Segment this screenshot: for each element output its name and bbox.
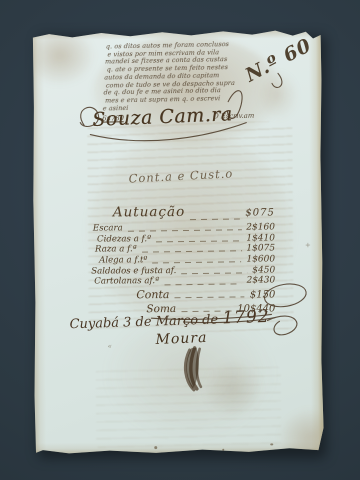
leader-dashes <box>164 283 241 285</box>
account-row: Cartolanas af.ª 2$430 <box>94 276 275 288</box>
account-row-value: 1$410 <box>246 233 275 243</box>
account-row-value: 1$075 <box>246 244 275 254</box>
account-row-label: Escara <box>93 223 123 233</box>
conta-value: $150 <box>250 290 276 301</box>
account-row-value: 2$160 <box>246 222 275 232</box>
account-heading-row: Autuação $075 <box>113 203 275 223</box>
date-year: 1792 <box>222 307 270 329</box>
account-row-label: Alega a f.tº <box>99 255 147 265</box>
leader-dashes <box>190 219 240 221</box>
leader-dashes <box>152 261 241 263</box>
paper-stain-bottom-center <box>202 357 264 419</box>
rubric-stroke-2 <box>191 348 197 389</box>
leader-dashes <box>128 229 242 232</box>
cost-account-list: Autuação $075 Escara 2$160 Cidezas a f.º… <box>91 203 276 315</box>
paper-speck <box>154 446 157 449</box>
leader-dashes <box>156 240 241 242</box>
rubric-stroke-1 <box>185 350 194 390</box>
account-row: Alega a f.tº 1$600 <box>99 254 275 266</box>
paper-speck <box>270 443 273 445</box>
date-trailing-swash <box>267 316 296 335</box>
rubric-ink-blot <box>186 348 199 389</box>
rubric-stroke-3 <box>197 349 201 387</box>
account-row-value: 1$600 <box>246 254 275 264</box>
date-prefix: Cuyabá 3 de Março de <box>69 312 218 332</box>
account-row-label: Raza a f.ª <box>95 245 137 255</box>
leader-dashes <box>142 251 242 253</box>
account-conta-row: Conta $150 <box>136 288 275 301</box>
paper-speck <box>222 449 224 451</box>
stray-mark-right: + <box>305 241 311 249</box>
manuscript-page: N.º 60 q. os ditos autos me foram conclu… <box>32 29 325 455</box>
ink-bleedthrough-band-lower <box>96 364 282 450</box>
stray-mark-left: « <box>108 342 112 350</box>
account-row-label: Cidezas a f.º <box>97 234 151 244</box>
archival-mark-tail <box>272 73 282 87</box>
account-heading-label: Autuação <box>113 204 185 220</box>
clerk-signature-top: Souza Cam.ra <box>92 103 233 131</box>
account-row-value: 2$430 <box>247 276 276 286</box>
section-subtitle: Cont.a e Cust.o <box>128 166 233 185</box>
account-row-label: Saldados e fusta af. <box>91 266 176 277</box>
account-row-value: $450 <box>252 265 275 275</box>
account-row-label: Cartolanas af.ª <box>94 277 159 287</box>
leader-dashes <box>181 272 247 274</box>
leader-dashes <box>174 296 244 298</box>
conta-label: Conta <box>136 288 169 301</box>
judge-signature: Moura <box>155 330 207 348</box>
account-heading-value: $075 <box>245 207 275 218</box>
paper-stain-top-left-corner <box>24 24 96 86</box>
